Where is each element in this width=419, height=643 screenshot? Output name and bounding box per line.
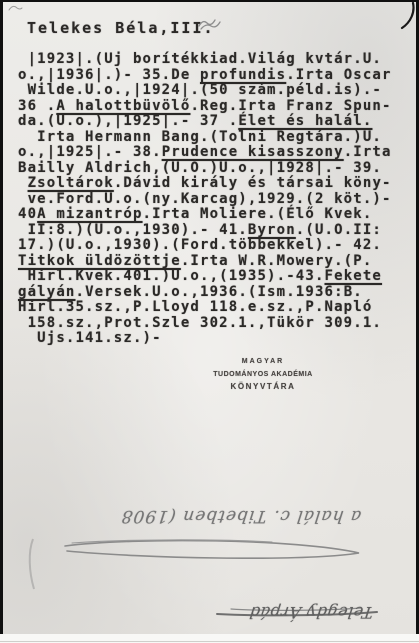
typed-line: Hirl.35.sz.,P.Lloyd 118.e.sz.,P.Napló — [18, 300, 414, 316]
typed-line: 36 .A halottbüvölő.Reg.Irta Franz Spun- — [18, 99, 414, 115]
pencil-edge-smudge — [25, 537, 39, 592]
strikethrough-stroke — [59, 536, 367, 566]
typed-line: Hirl.Kvek.401.)U.o.,(1935).-43.Fekete — [18, 269, 414, 285]
typed-line: |1923|.(Uj borítékkiad.Világ kvtár.U. — [18, 52, 414, 68]
library-stamp: MAGYAR TUDOMÁNYOS AKADÉMIA KÖNYVTÁRA — [213, 358, 313, 391]
card-heading: Telekes Béla,III. — [27, 19, 215, 37]
typed-line: o.,|1936|.)- 35.De profundis.Irta Oscar — [18, 68, 414, 84]
typed-line: Ujs.141.sz.)- — [18, 331, 414, 347]
typed-line: Wilde.U.o.,|1924|.(50 szám.péld.is).- — [18, 83, 414, 99]
typed-line: Irta Hermann Bang.(Tolni Regtára.)U. — [18, 130, 414, 146]
handwritten-text: a halál c. Tibetben (1908 — [120, 506, 363, 526]
typed-line: da.(U.o.),|1925|.- 37 .Élet és halál. — [18, 114, 414, 130]
typed-line: gályán.Versek.U.o.,1936.(Ism.1936:B. — [18, 285, 414, 301]
typed-line: Bailly Aldrich,(U.O.)U.o.,|1928|.- 39. — [18, 161, 414, 177]
typed-line: 17.)(U.o.,1930).(Ford.többekkel).- 42. — [18, 238, 414, 254]
corner-fold-mark — [394, 2, 416, 32]
pencil-checkmark-icon — [197, 15, 223, 31]
typed-line: Titkok üldözöttje.Irta W.R.Mowery.(P. — [18, 254, 414, 270]
library-card-paper: Telekes Béla,III. |1923|.(Uj borítékkiad… — [3, 2, 416, 639]
typed-line: II:8.)(U.o.,1930).- 41.Byron.(U.O.II: — [18, 223, 414, 239]
scan-smudge — [7, 3, 23, 13]
scanned-catalog-card: Telekes Béla,III. |1923|.(Uj borítékkiad… — [0, 0, 419, 643]
typed-line: Zsoltárok.Dávid király és társai köny- — [18, 176, 414, 192]
scan-bottom-strip — [0, 634, 419, 643]
stamp-line: TUDOMÁNYOS AKADÉMIA — [213, 371, 313, 378]
typed-line: o.,|1925|.- 38.Prudence kisasszony.Irta — [18, 145, 414, 161]
typed-text-block: |1923|.(Uj borítékkiad.Világ kvtár.U. o.… — [18, 52, 414, 347]
handwritten-note-bottom: Telegdy Árpád — [213, 588, 381, 628]
typed-line: 158.sz.,Prot.Szle 302.1.,Tükör 309.1. — [18, 316, 414, 332]
stamp-line: KÖNYVTÁRA — [213, 382, 313, 391]
stamp-line: MAGYAR — [213, 358, 313, 365]
scan-edge-line — [0, 641, 419, 642]
handwritten-text: Telegdy Árpád — [248, 603, 374, 622]
handwritten-note-top: a halál c. Tibetben (1908 — [59, 502, 367, 566]
typed-line: 40A mizantróp.Irta Moliere.(Élő Kvek. — [18, 207, 414, 223]
typed-line: ve.Ford.U.o.(ny.Karcag),1929.(2 köt.)- — [18, 192, 414, 208]
